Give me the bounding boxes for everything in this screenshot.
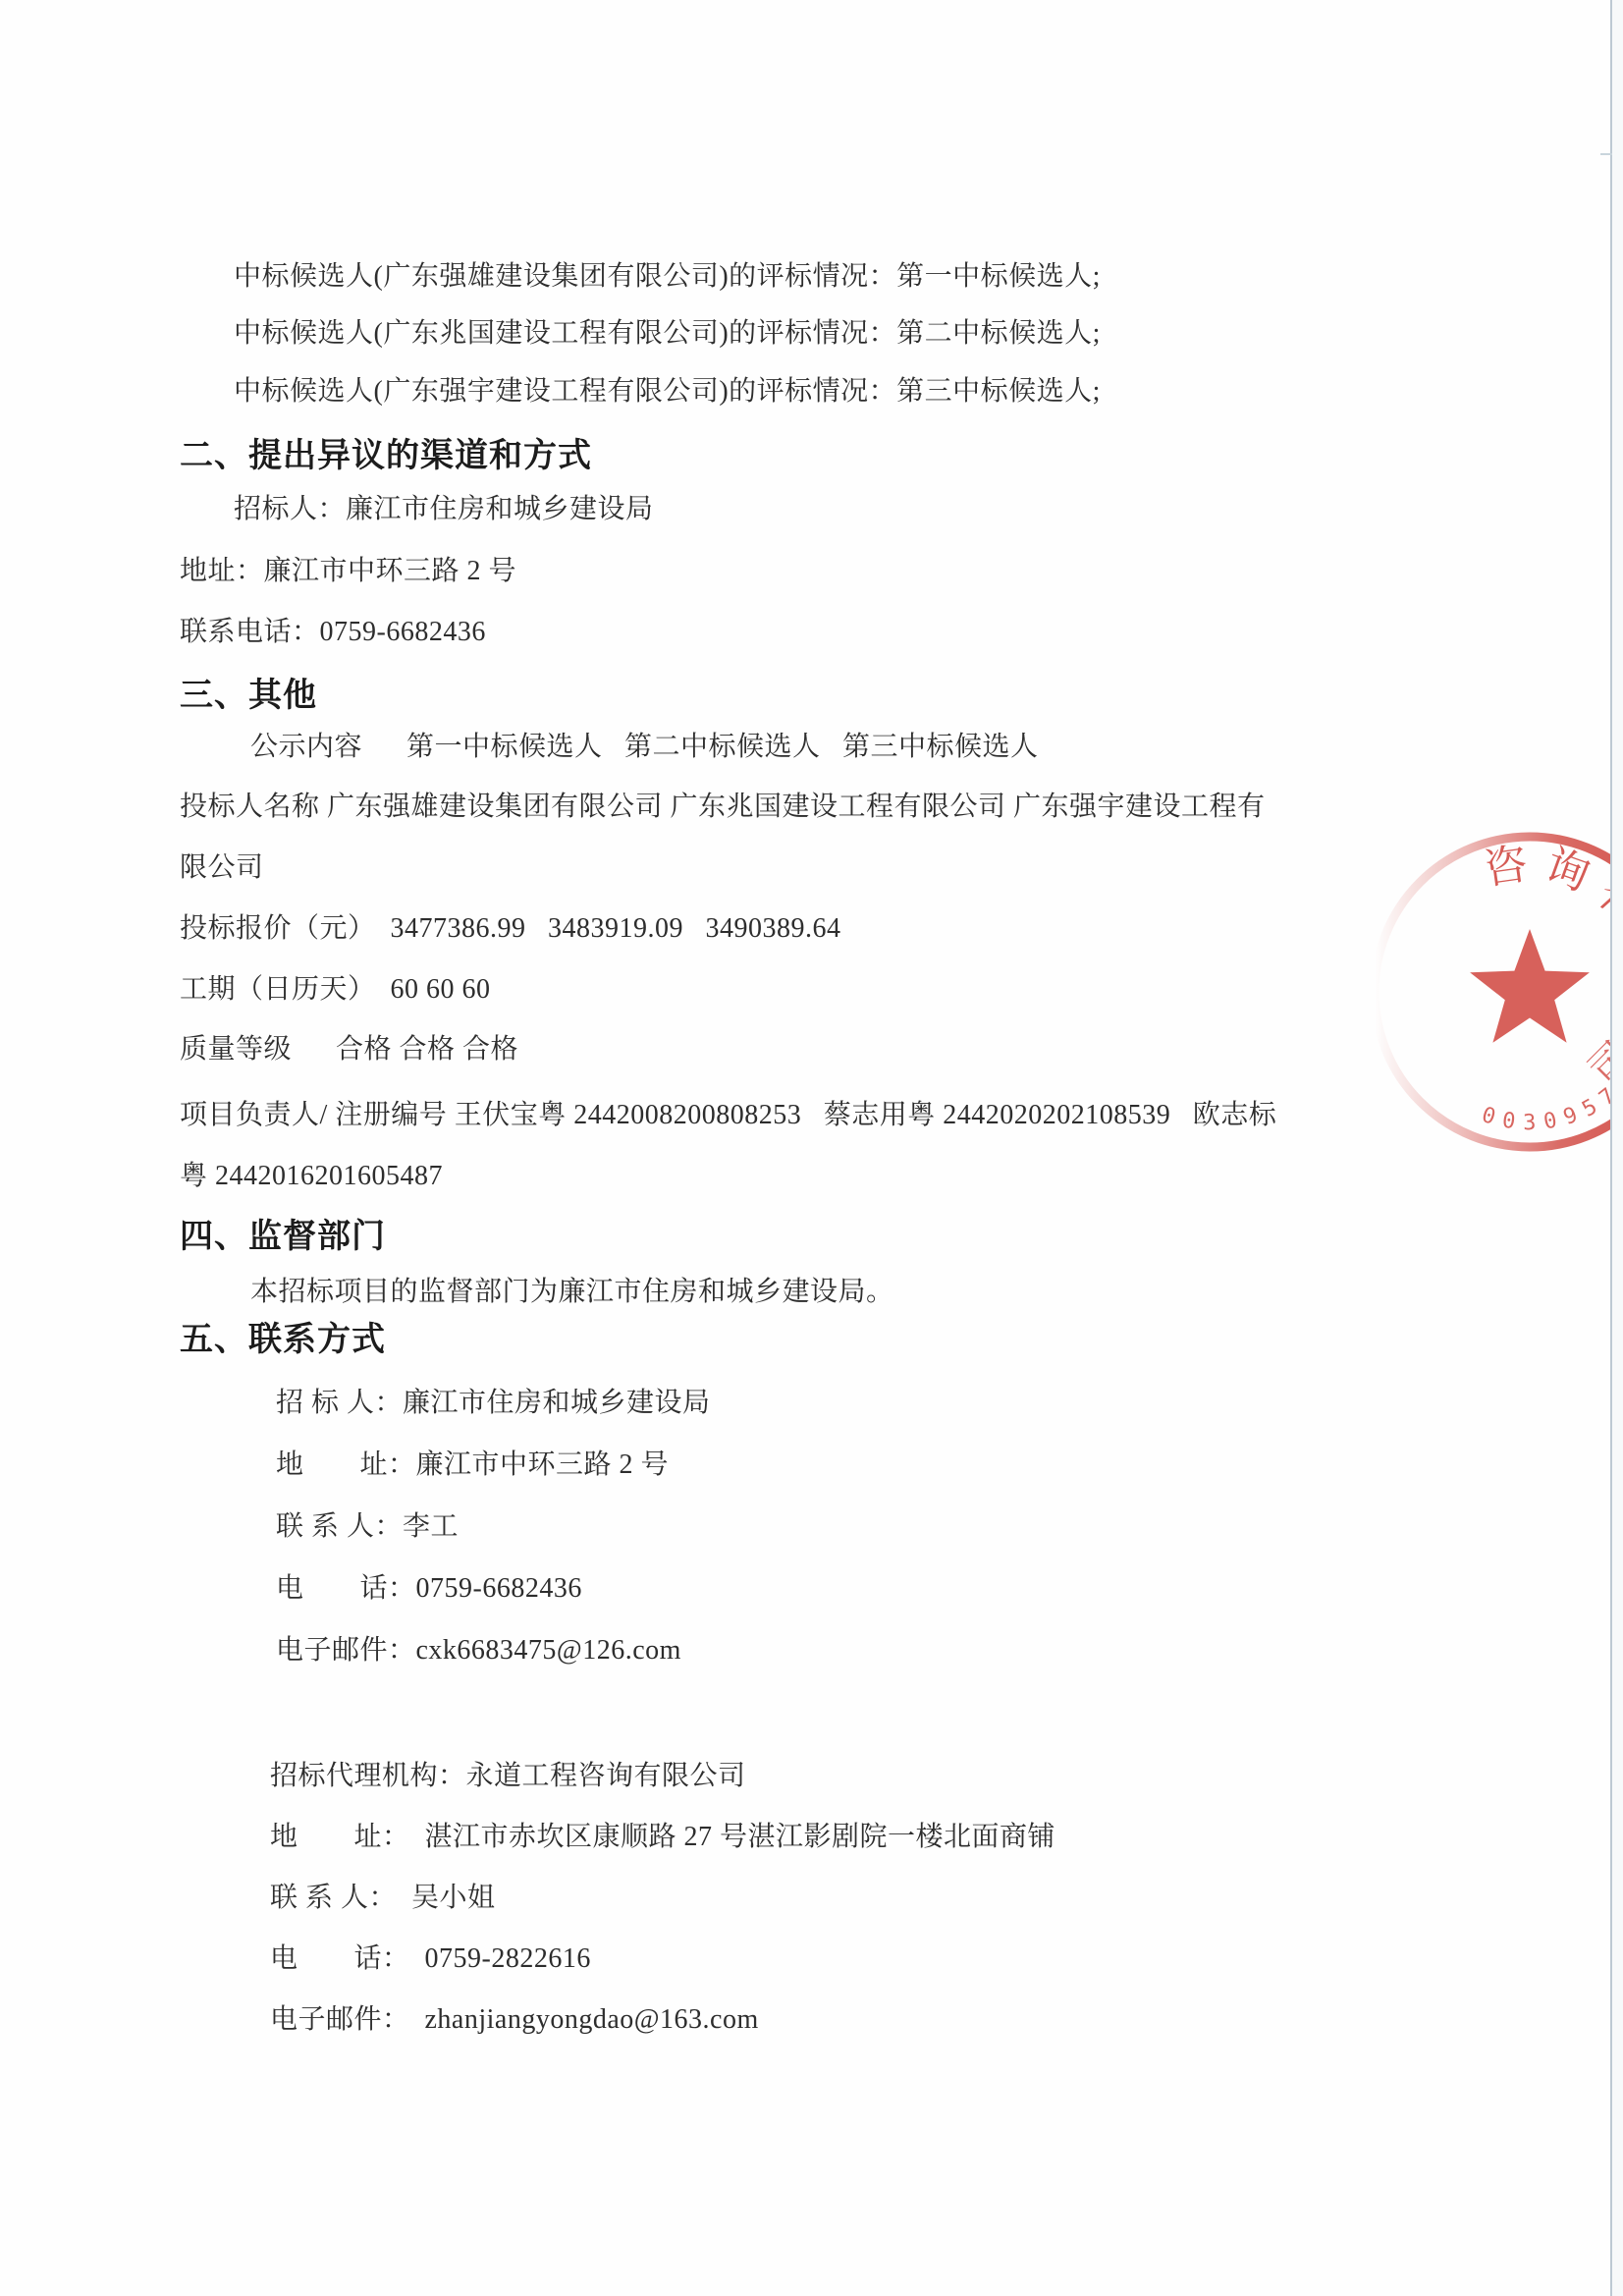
tenderer-email: 电子邮件：cxk6683475@126.com: [276, 1635, 681, 1667]
seal-side-character: 司: [1581, 1033, 1611, 1092]
quality-grade-row: 质量等级 合格 合格 合格: [180, 1034, 518, 1066]
section-contact-heading: 五、联系方式: [180, 1322, 386, 1358]
project-manager-line-2: 粤 2442016201605487: [180, 1161, 443, 1192]
tenderer-contact-person: 联 系 人：李工: [276, 1511, 459, 1543]
tenderer-address: 地 址：廉江市中环三路 2 号: [276, 1449, 669, 1481]
bidder-names-line-1: 投标人名称 广东强雄建设集团有限公司 广东兆国建设工程有限公司 广东强宇建设工程…: [180, 792, 1266, 823]
svg-text:咨询有: 咨询有: [1482, 839, 1611, 944]
candidate-line-2: 中标候选人(广东兆国建设工程有限公司)的评标情况：第二中标候选人;: [234, 318, 1101, 350]
bid-price-row: 投标报价（元） 3477386.99 3483919.09 3490389.64: [180, 913, 841, 945]
candidate-line-3: 中标候选人(广东强宇建设工程有限公司)的评标情况：第三中标候选人;: [234, 376, 1101, 408]
agency-phone: 电 话： 0759-2822616: [270, 1943, 591, 1975]
page-edge-strip: [1612, 0, 1623, 2296]
seal-star-icon: [1470, 929, 1590, 1043]
project-manager-line-1: 项目负责人/ 注册编号 王伏宝粤 2442008200808253 蔡志用粤 2…: [180, 1100, 1276, 1131]
agency-contact-person: 联 系 人： 吴小姐: [270, 1883, 496, 1914]
svg-text:00309578: 00309578: [1479, 1065, 1611, 1136]
tenderer-phone: 电 话：0759-6682436: [276, 1573, 582, 1605]
candidate-line-1: 中标候选人(广东强雄建设集团有限公司)的评标情况：第一中标候选人;: [234, 261, 1101, 293]
agency-email: 电子邮件： zhanjiangyongdao@163.com: [270, 2004, 759, 2036]
section-other-heading: 三、其他: [180, 678, 317, 714]
red-seal-stamp: 咨询有 00309578 司: [1367, 823, 1611, 1167]
page-edge-tick: [1600, 153, 1612, 155]
seal-serial-digits: 00309578: [1479, 1065, 1611, 1136]
objection-tenderer: 招标人：廉江市住房和城乡建设局: [234, 494, 654, 525]
bidder-names-line-2: 限公司: [180, 852, 264, 884]
document-page: 中标候选人(广东强雄建设集团有限公司)的评标情况：第一中标候选人; 中标候选人(…: [0, 0, 1623, 2296]
supervision-body: 本招标项目的监督部门为廉江市住房和城乡建设局。: [250, 1277, 894, 1308]
publicity-content: 公示内容 第一中标候选人 第二中标候选人 第三中标候选人: [250, 732, 1039, 763]
section-objection-heading: 二、提出异议的渠道和方式: [180, 438, 592, 474]
objection-phone: 联系电话：0759-6682436: [180, 617, 486, 648]
tenderer-name: 招 标 人：廉江市住房和城乡建设局: [276, 1388, 711, 1419]
agency-name: 招标代理机构：永道工程咨询有限公司: [270, 1761, 746, 1792]
section-supervision-heading: 四、监督部门: [180, 1219, 386, 1255]
seal-arc-text: 咨询有: [1482, 839, 1611, 944]
duration-row: 工期（日历天） 60 60 60: [180, 974, 491, 1006]
agency-address: 地 址： 湛江市赤坎区康顺路 27 号湛江影剧院一楼北面商铺: [270, 1822, 1055, 1853]
objection-address: 地址：廉江市中环三路 2 号: [180, 556, 516, 587]
